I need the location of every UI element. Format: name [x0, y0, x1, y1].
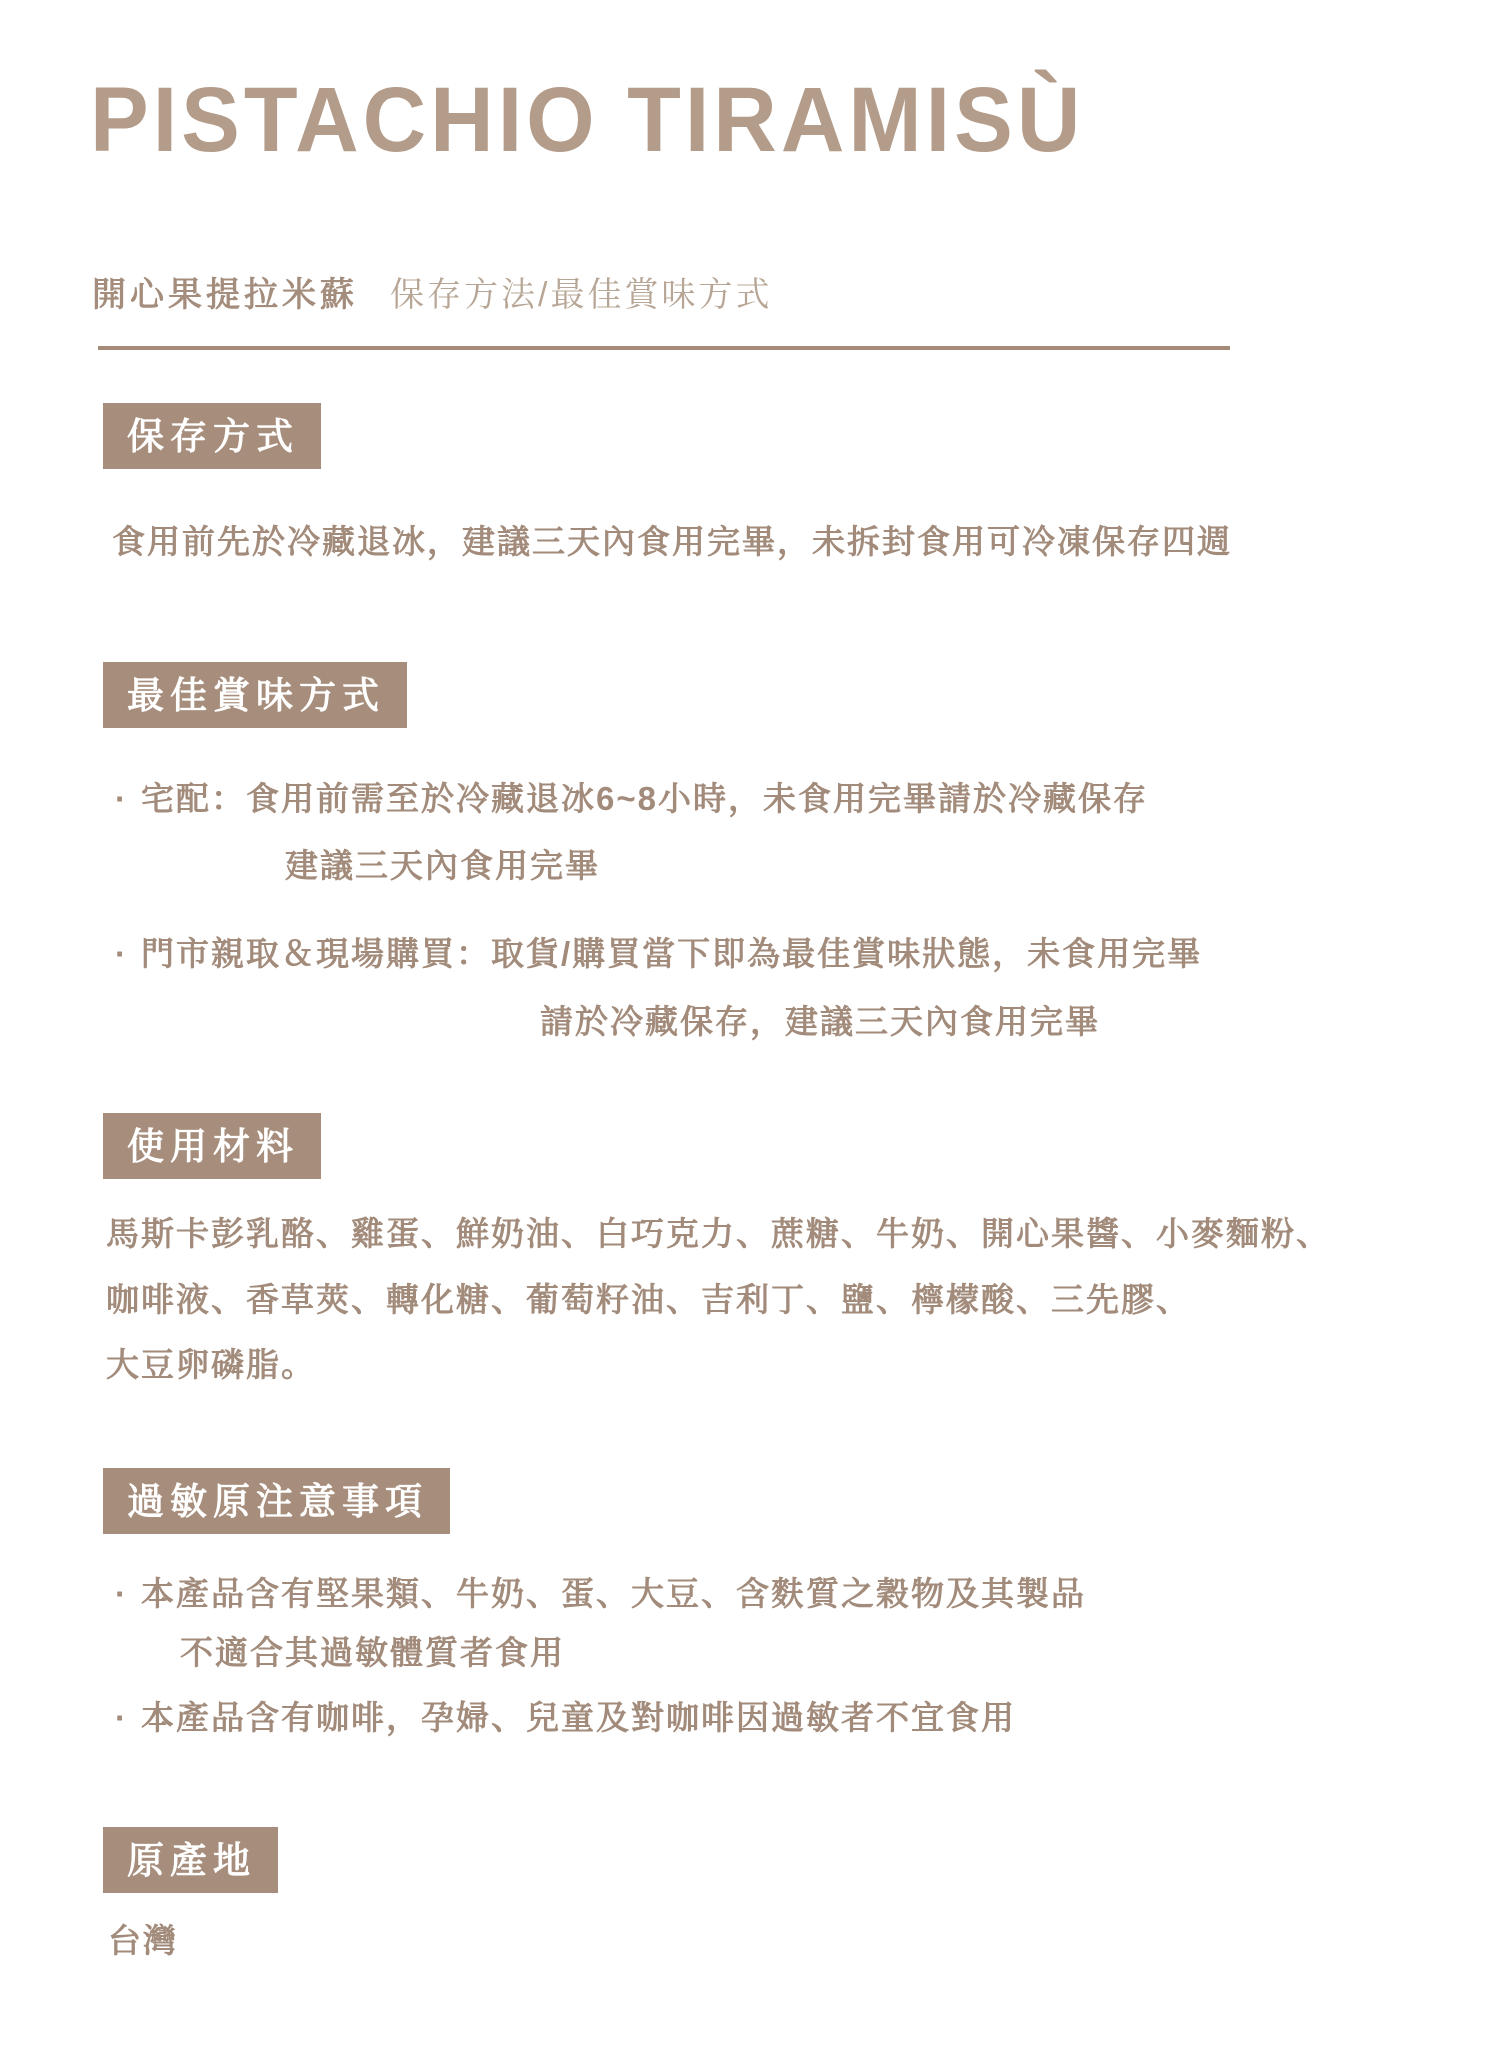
origin-body-text: 台灣: [108, 1924, 178, 1957]
bullet-dot: ·: [115, 1701, 141, 1734]
section-badge-ingredients: 使用材料: [103, 1113, 321, 1179]
best-taste-bullet2-line2: 請於冷藏保存，建議三天內食用完畢: [540, 1005, 1100, 1038]
subtitle-description: 保存方法/最佳賞味方式: [390, 276, 772, 314]
ingredients-line3: 大豆卵磷脂。: [106, 1348, 316, 1381]
allergen-bullet1-line2: 不適合其過敏體質者食用: [180, 1636, 565, 1669]
section-badge-allergen: 過敏原注意事項: [103, 1468, 450, 1534]
header-divider: [98, 346, 1230, 350]
best-taste-bullet2-line1: ·門市親取＆現場購買：取貨/購買當下即為最佳賞味狀態，未食用完畢: [115, 937, 1202, 970]
section-badge-best-taste: 最佳賞味方式: [103, 662, 407, 728]
subtitle: 開心果提拉米蘇保存方法/最佳賞味方式: [92, 278, 772, 312]
section-badge-storage: 保存方式: [103, 403, 321, 469]
bullet-text: 宅配：食用前需至於冷藏退冰6~8小時，未食用完畢請於冷藏保存: [141, 780, 1148, 817]
bullet-dot: ·: [115, 1577, 141, 1610]
bullet-dot: ·: [115, 937, 141, 970]
bullet-dot: ·: [115, 782, 141, 815]
allergen-bullet1-line1: ·本產品含有堅果類、牛奶、蛋、大豆、含麩質之穀物及其製品: [115, 1577, 1086, 1610]
product-info-page: PISTACHIO TIRAMISÙ 開心果提拉米蘇保存方法/最佳賞味方式 保存…: [0, 0, 1500, 2048]
storage-body-text: 食用前先於冷藏退冰，建議三天內食用完畢，未拆封食用可冷凍保存四週: [112, 525, 1232, 558]
subtitle-product-name: 開心果提拉米蘇: [92, 276, 358, 314]
ingredients-line2: 咖啡液、香草莢、轉化糖、葡萄籽油、吉利丁、鹽、檸檬酸、三先膠、: [106, 1283, 1191, 1316]
bullet-text: 本產品含有咖啡，孕婦、兒童及對咖啡因過敏者不宜食用: [141, 1699, 1016, 1736]
section-badge-origin: 原產地: [103, 1827, 278, 1893]
ingredients-line1: 馬斯卡彭乳酪、雞蛋、鮮奶油、白巧克力、蔗糖、牛奶、開心果醬、小麥麵粉、: [106, 1217, 1331, 1250]
allergen-bullet2-line1: ·本產品含有咖啡，孕婦、兒童及對咖啡因過敏者不宜食用: [115, 1701, 1016, 1734]
best-taste-bullet1-line2: 建議三天內食用完畢: [285, 849, 600, 882]
bullet-text: 本產品含有堅果類、牛奶、蛋、大豆、含麩質之穀物及其製品: [141, 1575, 1086, 1612]
page-title: PISTACHIO TIRAMISÙ: [90, 72, 1084, 168]
best-taste-bullet1-line1: ·宅配：食用前需至於冷藏退冰6~8小時，未食用完畢請於冷藏保存: [115, 782, 1148, 815]
bullet-text: 門市親取＆現場購買：取貨/購買當下即為最佳賞味狀態，未食用完畢: [141, 935, 1202, 972]
